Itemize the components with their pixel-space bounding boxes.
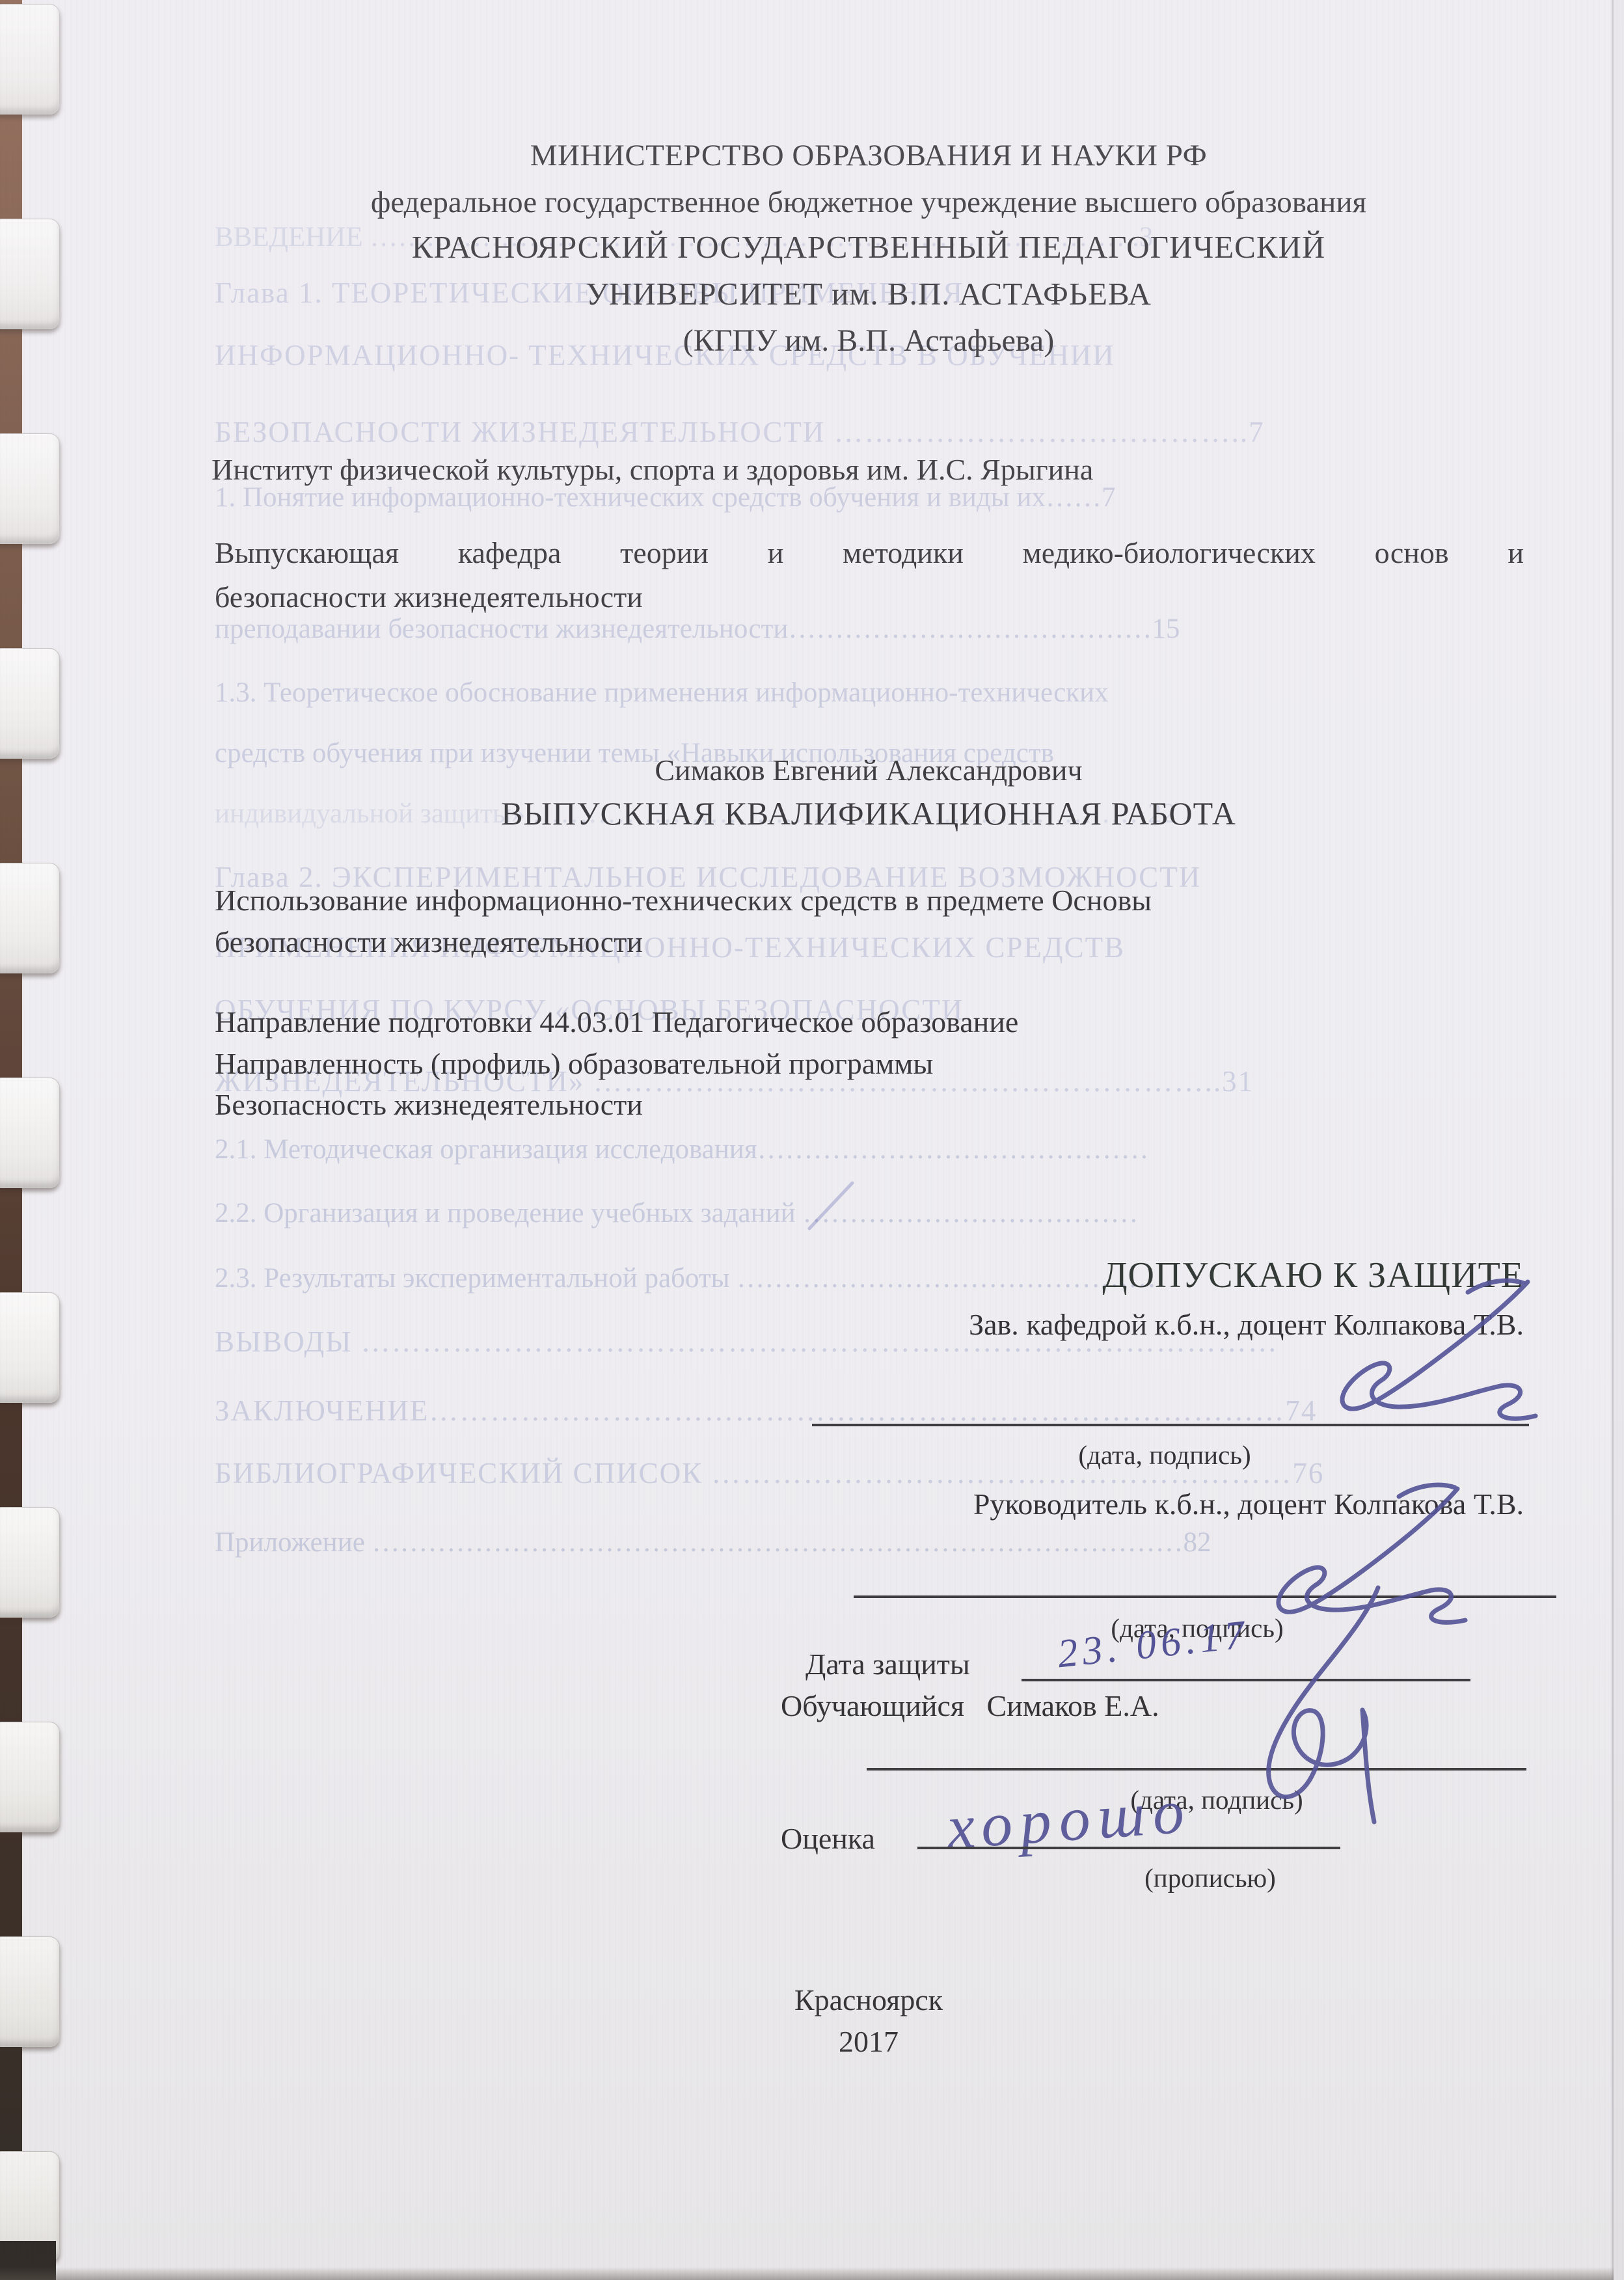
comb-loop bbox=[0, 1507, 60, 1618]
head-signature-accent bbox=[1468, 1281, 1524, 1292]
comb-loop bbox=[0, 1936, 60, 2047]
comb-loop bbox=[0, 1078, 60, 1188]
scanned-title-page: ВВЕДЕНИЕ ………………………………………………………………………..3 … bbox=[0, 0, 1624, 2280]
stray-pen-mark bbox=[809, 1183, 852, 1228]
comb-loop bbox=[0, 219, 60, 329]
comb-loop bbox=[0, 433, 60, 544]
ink-signatures-layer bbox=[0, 0, 1624, 2280]
comb-loop bbox=[0, 1292, 60, 1403]
comb-loop bbox=[0, 863, 60, 973]
head-signature bbox=[1342, 1282, 1536, 1418]
right-page-edge-line bbox=[1612, 0, 1614, 2280]
comb-loop bbox=[0, 648, 60, 759]
right-page-margin bbox=[1614, 0, 1624, 2280]
comb-loop bbox=[0, 1722, 60, 1832]
bottom-scan-shadow bbox=[0, 2267, 1624, 2280]
student-signature bbox=[1269, 1588, 1378, 1797]
supervisor-signature-accent bbox=[1399, 1485, 1455, 1497]
comb-loop bbox=[0, 4, 60, 115]
